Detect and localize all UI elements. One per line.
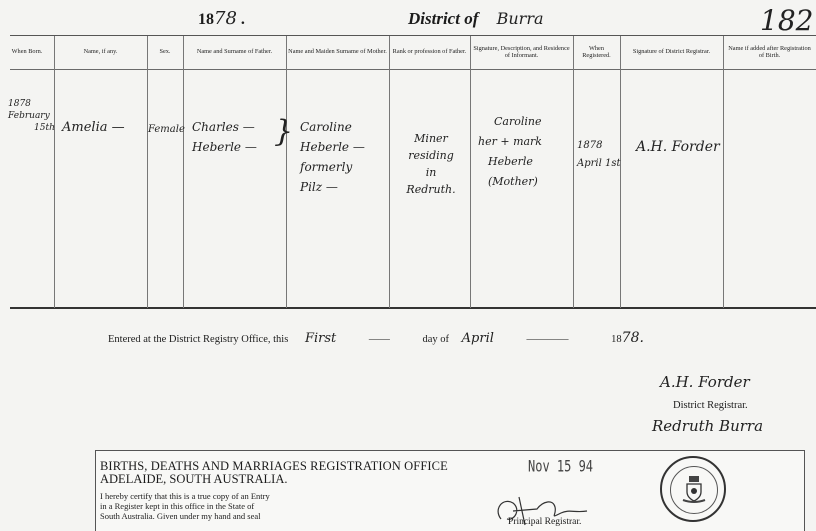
day-of-label: day of bbox=[422, 334, 449, 345]
table-bottom-border bbox=[10, 307, 816, 309]
informant-description: (Mother) bbox=[478, 172, 570, 192]
entered-year-prefix: 18 bbox=[611, 334, 622, 345]
principal-registrar-title: Principal Registrar. bbox=[508, 517, 581, 527]
certify-line3: South Australia. Given under my hand and… bbox=[100, 511, 261, 521]
district-value: Burra bbox=[497, 9, 544, 28]
district-registrar-signature: A.H. Forder bbox=[660, 373, 750, 391]
header-father: Name and Surname of Father. bbox=[183, 36, 286, 68]
col-divider bbox=[286, 36, 287, 308]
col-divider bbox=[389, 36, 390, 308]
dash: —— bbox=[369, 334, 390, 345]
registrar-seal bbox=[660, 456, 726, 522]
col-divider bbox=[147, 36, 148, 308]
cell-when-registered: 1878 April 1st bbox=[577, 137, 621, 173]
col-divider bbox=[54, 36, 55, 308]
header-mother: Name and Maiden Surname of Mother. bbox=[286, 36, 389, 68]
father-first: Charles — bbox=[192, 117, 257, 137]
year-prefix: 18 bbox=[198, 11, 214, 28]
certify-line2: in a Register kept in this office in the… bbox=[100, 501, 254, 511]
entry-number: 182 bbox=[760, 4, 813, 37]
col-divider bbox=[723, 36, 724, 308]
header-sex: Sex. bbox=[147, 36, 183, 68]
mother-first: Caroline bbox=[300, 117, 365, 137]
header-when-born: When Born. bbox=[0, 36, 54, 68]
entered-line: Entered at the District Registry Office,… bbox=[108, 330, 644, 346]
rank-line: Redruth. bbox=[398, 181, 464, 198]
header-name-added: Name if added after Registration of Birt… bbox=[723, 36, 816, 68]
brace-mark: } bbox=[274, 114, 293, 149]
informant-first: Caroline bbox=[478, 112, 570, 132]
registered-year: 1878 bbox=[577, 137, 621, 155]
cell-registrar-signature: A.H. Forder bbox=[636, 140, 720, 154]
cell-sex: Female bbox=[148, 123, 185, 137]
cell-name: Amelia — bbox=[62, 121, 125, 135]
informant-mark: her + mark bbox=[478, 132, 570, 152]
header-bottom-border bbox=[10, 69, 816, 70]
header-registrar-signature: Signature of District Registrar. bbox=[620, 36, 723, 68]
entered-month: April bbox=[462, 331, 494, 346]
date-stamp: Nov 15 94 bbox=[528, 457, 593, 475]
entered-prefix: Entered at the District Registry Office,… bbox=[108, 334, 288, 345]
cell-rank: Miner residing in Redruth. bbox=[398, 130, 464, 198]
entered-day: First bbox=[305, 331, 336, 346]
rank-line: Miner bbox=[398, 130, 464, 147]
col-divider bbox=[470, 36, 471, 308]
header-rank: Rank or profession of Father. bbox=[389, 36, 470, 68]
year-suffix: 78 bbox=[214, 8, 237, 29]
district-label: District of bbox=[408, 9, 478, 28]
district-registrar-title: District Registrar. bbox=[673, 400, 748, 411]
cell-when-born: 1878 February 15th bbox=[8, 98, 55, 134]
registered-date: April 1st bbox=[577, 155, 621, 173]
mother-married: Heberle — bbox=[300, 137, 365, 157]
district-registrar-location: Redruth Burra bbox=[652, 417, 763, 435]
birth-year: 1878 bbox=[8, 98, 55, 110]
mother-formerly: formerly bbox=[300, 157, 365, 177]
birth-month: February bbox=[8, 110, 55, 122]
coat-of-arms-icon bbox=[680, 474, 708, 504]
header-name: Name, if any. bbox=[54, 36, 147, 68]
certify-line1: I hereby certify that this is a true cop… bbox=[100, 491, 270, 501]
header-when-registered: When Registered. bbox=[573, 36, 620, 68]
birth-day: 15th bbox=[8, 122, 55, 134]
cell-father: Charles — Heberle — bbox=[192, 117, 257, 157]
register-year: 1878 . bbox=[198, 8, 245, 29]
office-title-line2: ADELAIDE, SOUTH AUSTRALIA. bbox=[100, 472, 288, 487]
district-heading: District of Burra bbox=[408, 9, 544, 29]
rank-line: residing bbox=[398, 147, 464, 164]
col-divider bbox=[573, 36, 574, 308]
dash: ———— bbox=[527, 334, 569, 345]
mother-maiden: Pilz — bbox=[300, 177, 365, 197]
col-divider bbox=[183, 36, 184, 308]
header-informant: Signature, Description, and Residence of… bbox=[470, 36, 573, 68]
entered-year-suffix: 78. bbox=[622, 330, 644, 346]
rank-line: in bbox=[398, 164, 464, 181]
cell-mother: Caroline Heberle — formerly Pilz — bbox=[300, 117, 365, 197]
cell-informant: Caroline her + mark Heberle (Mother) bbox=[478, 112, 570, 192]
informant-surname: Heberle bbox=[478, 152, 570, 172]
father-surname: Heberle — bbox=[192, 137, 257, 157]
